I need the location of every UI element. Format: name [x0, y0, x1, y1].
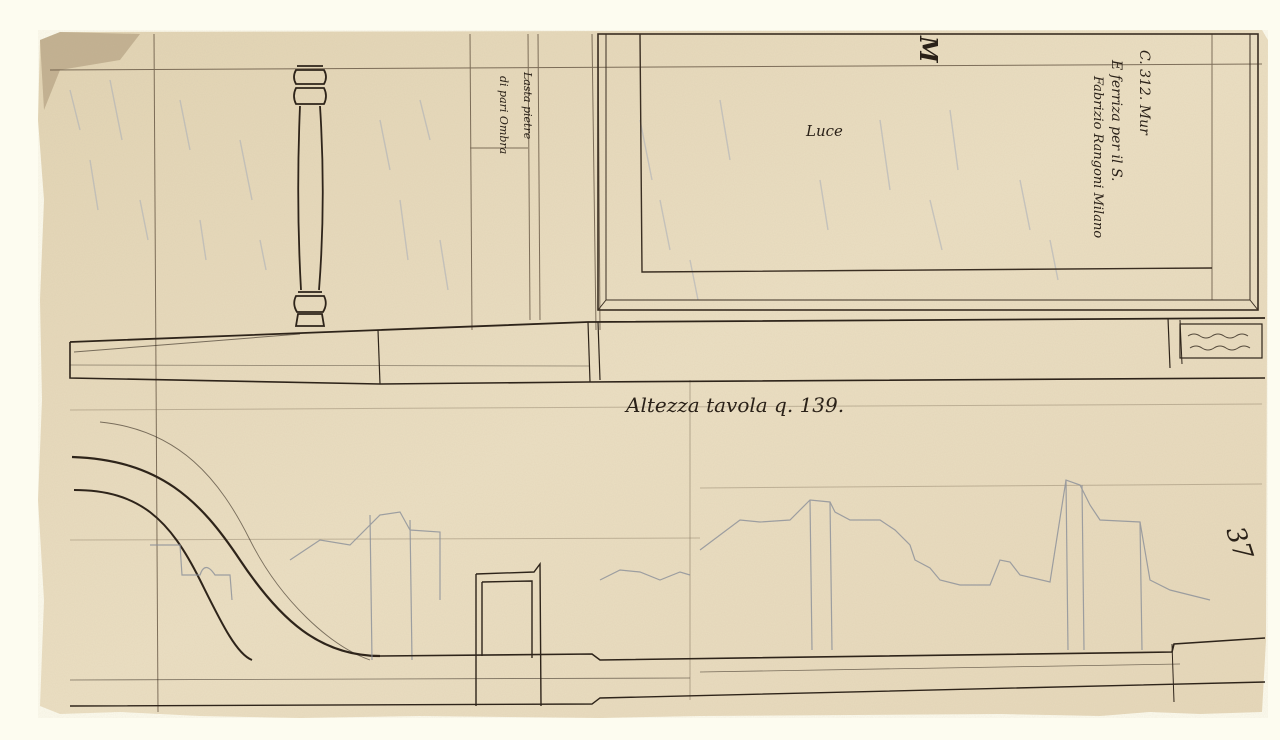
annotation-top-right-3: Fabrizio Rangoni Milano: [1090, 75, 1105, 238]
dimension-note: Altezza tavola q. 139.: [624, 393, 844, 417]
drawing-sheet: C. 312. Mur E ferriza per il S. Fabrizio…: [0, 0, 1280, 740]
window-label: Luce: [805, 122, 843, 140]
annotation-top-right-2: E ferriza per il S.: [1108, 59, 1124, 182]
column-label-2: di pari Ombra: [497, 76, 510, 154]
annotation-top-right-1: C. 312. Mur: [1136, 50, 1152, 136]
column-label-1: Lasta pietre: [521, 71, 534, 140]
letter-mark: M: [914, 35, 943, 64]
